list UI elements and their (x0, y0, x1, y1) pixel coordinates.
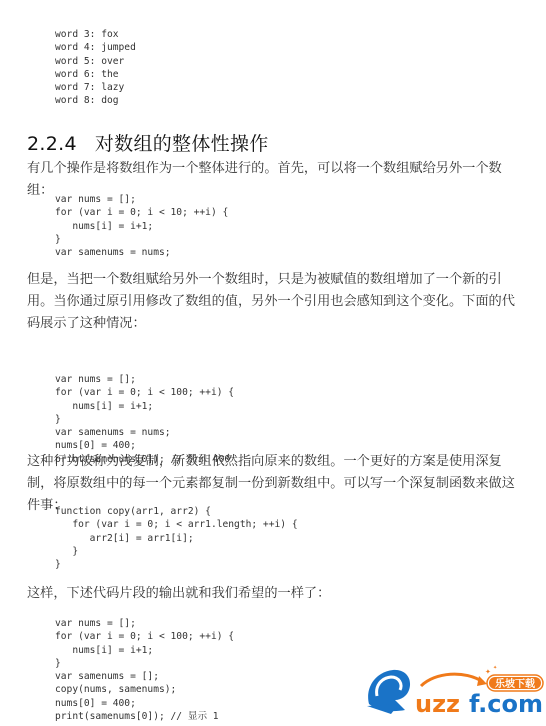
code-line: nums[i] = i+1; (55, 400, 234, 413)
code-block-3: function copy(arr1, arr2) { for (var i =… (55, 505, 298, 571)
code-line: word 4: jumped (55, 41, 136, 54)
watermark-logo: ✦ ✦ 乐坡下载 uzz f.com (365, 660, 545, 720)
code-output-words: word 3: foxword 4: jumpedword 5: overwor… (55, 28, 136, 108)
svg-text:✦: ✦ (493, 665, 497, 671)
code-line: word 7: lazy (55, 81, 136, 94)
code-line: } (55, 545, 298, 558)
code-block-1: var nums = [];for (var i = 0; i < 10; ++… (55, 193, 228, 259)
code-line: arr2[i] = arr1[i]; (55, 532, 298, 545)
svg-text:f.com: f.com (469, 690, 543, 718)
code-line: word 8: dog (55, 94, 136, 107)
code-line: function copy(arr1, arr2) { (55, 505, 298, 518)
code-line: nums[i] = i+1; (55, 220, 228, 233)
section-title: 对数组的整体性操作 (95, 133, 269, 155)
code-line: } (55, 657, 234, 670)
code-line: word 6: the (55, 68, 136, 81)
code-line: nums[0] = 400; (55, 697, 234, 710)
code-line: } (55, 413, 234, 426)
code-line: for (var i = 0; i < 100; ++i) { (55, 386, 234, 399)
paragraph-2: 但是，当把一个数组赋给另外一个数组时，只是为被赋值的数组增加了一个新的引用。当你… (27, 269, 527, 335)
code-line: word 3: fox (55, 28, 136, 41)
code-line: } (55, 558, 298, 571)
code-line: var nums = []; (55, 617, 234, 630)
code-line: word 5: over (55, 55, 136, 68)
code-line: for (var i = 0; i < arr1.length; ++i) { (55, 518, 298, 531)
code-line: var samenums = []; (55, 670, 234, 683)
code-line: for (var i = 0; i < 100; ++i) { (55, 630, 234, 643)
svg-text:✦: ✦ (485, 668, 491, 676)
code-line: var nums = []; (55, 373, 234, 386)
svg-text:uzz: uzz (415, 690, 460, 718)
code-line: var samenums = nums; (55, 426, 234, 439)
code-line: for (var i = 0; i < 10; ++i) { (55, 206, 228, 219)
code-block-4: var nums = [];for (var i = 0; i < 100; +… (55, 617, 234, 723)
code-line: var nums = []; (55, 193, 228, 206)
section-number: 2.2.4 (27, 133, 77, 155)
code-line: nums[i] = i+1; (55, 644, 234, 657)
section-heading: 2.2.4对数组的整体性操作 (27, 129, 269, 156)
uzzf-logo-icon: ✦ ✦ 乐坡下载 uzz f.com (365, 660, 545, 720)
svg-text:乐坡下载: 乐坡下载 (495, 677, 536, 690)
code-line: var samenums = nums; (55, 246, 228, 259)
code-line: print(samenums[0]); // 显示 1 (55, 710, 234, 723)
paragraph-4: 这样，下述代码片段的输出就和我们希望的一样了： (27, 583, 527, 605)
code-line: } (55, 233, 228, 246)
code-line: copy(nums, samenums); (55, 683, 234, 696)
